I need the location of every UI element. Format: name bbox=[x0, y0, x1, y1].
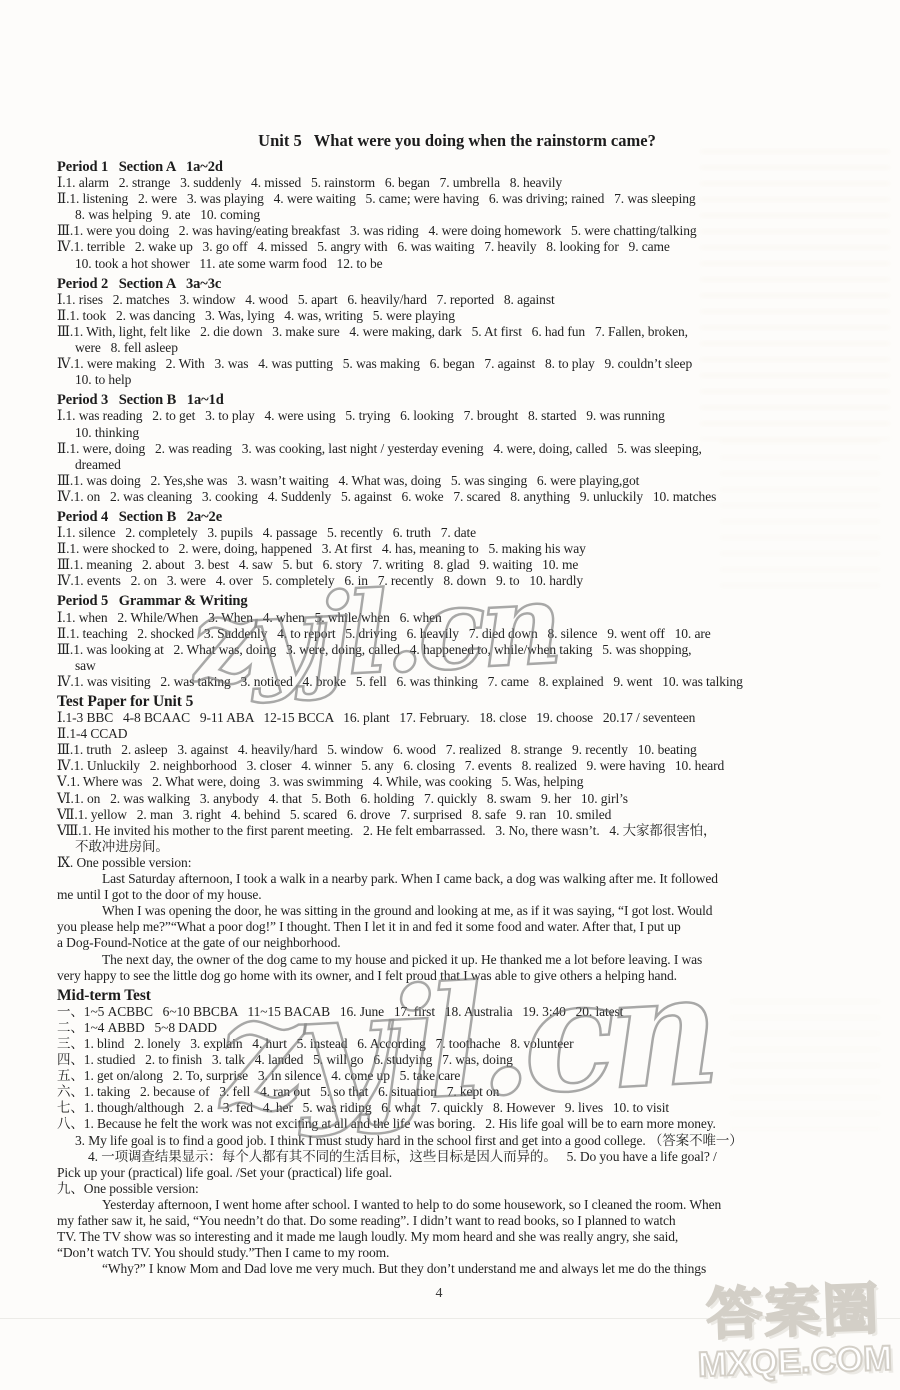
answer-line: you please help me?”“What a poor dog!” I… bbox=[57, 919, 892, 935]
answer-line: 10. to help bbox=[57, 372, 892, 388]
answer-line: Ⅲ.1. meaning 2. about 3. best 4. saw 5. … bbox=[57, 557, 892, 573]
answer-line: 五、1. get on/along 2. To, surprise 3. in … bbox=[57, 1068, 892, 1084]
answer-line: 3. My life goal is to find a good job. I… bbox=[57, 1133, 892, 1149]
answer-line: Ⅵ.1. on 2. was walking 3. anybody 4. tha… bbox=[57, 791, 892, 807]
answer-line: Ⅱ.1. took 2. was dancing 3. Was, lying 4… bbox=[57, 308, 892, 324]
answer-line: me until I got to the door of my house. bbox=[57, 887, 892, 903]
answer-line: TV. The TV show was so interesting and i… bbox=[57, 1229, 892, 1245]
answer-line: When I was opening the door, he was sitt… bbox=[57, 903, 892, 919]
answer-line: 10. took a hot shower 11. ate some warm … bbox=[57, 256, 892, 272]
answer-line: 九、One possible version: bbox=[57, 1181, 892, 1197]
logo-domain-text: MXQE.COM bbox=[694, 1339, 895, 1386]
answer-line: 8. was helping 9. ate 10. coming bbox=[57, 207, 892, 223]
answer-line: Ⅱ.1-4 CCAD bbox=[57, 726, 892, 742]
page-number: 4 bbox=[0, 1286, 878, 1302]
answer-line: dreamed bbox=[57, 457, 892, 473]
answer-line: Ⅲ.1. was looking at 2. What was, doing 3… bbox=[57, 642, 892, 658]
answer-line: 一、1~5 ACBBC 6~10 BBCBA 11~15 BACAB 16. J… bbox=[57, 1004, 892, 1020]
answer-line: Pick up your (practical) life goal. /Set… bbox=[57, 1165, 892, 1181]
section-heading: Period 4 Section B 2a~2e bbox=[57, 509, 892, 525]
answer-line: Ⅰ.1. when 2. While/When 3. When 4. when … bbox=[57, 610, 892, 626]
answer-line: Ⅳ.1. on 2. was cleaning 3. cooking 4. Su… bbox=[57, 489, 892, 505]
answer-line: 二、1~4 ABBD 5~8 DADD bbox=[57, 1020, 892, 1036]
section-heading: Period 1 Section A 1a~2d bbox=[57, 159, 892, 175]
answer-line: Ⅲ.1. With, light, felt like 2. die down … bbox=[57, 324, 892, 340]
answer-line: “Why?” I know Mom and Dad love me very m… bbox=[57, 1261, 892, 1277]
answer-line: Ⅳ.1. was visiting 2. was taking 3. notic… bbox=[57, 674, 892, 690]
answer-line: Ⅰ.1. silence 2. completely 3. pupils 4. … bbox=[57, 525, 892, 541]
answer-line: Ⅳ.1. Unluckily 2. neighborhood 3. closer… bbox=[57, 758, 892, 774]
answer-line: Ⅱ.1. were, doing 2. was reading 3. was c… bbox=[57, 441, 892, 457]
answer-line: Ⅱ.1. listening 2. were 3. was playing 4.… bbox=[57, 191, 892, 207]
answer-line: Ⅰ.1. alarm 2. strange 3. suddenly 4. mis… bbox=[57, 175, 892, 191]
answer-line: Last Saturday afternoon, I took a walk i… bbox=[57, 871, 892, 887]
answer-line: a Dog-Found-Notice at the gate of our ne… bbox=[57, 935, 892, 951]
answer-line: Ⅱ.1. were shocked to 2. were, doing, hap… bbox=[57, 541, 892, 557]
section-heading: Period 2 Section A 3a~3c bbox=[57, 276, 892, 292]
answer-line: Ⅴ.1. Where was 2. What were, doing 3. wa… bbox=[57, 774, 892, 790]
answer-line: Ⅰ.1. rises 2. matches 3. window 4. wood … bbox=[57, 292, 892, 308]
answer-line: Ⅸ. One possible version: bbox=[57, 855, 892, 871]
answer-line: Ⅳ.1. events 2. on 3. were 4. over 5. com… bbox=[57, 573, 892, 589]
answer-line: Ⅰ.1. was reading 2. to get 3. to play 4.… bbox=[57, 408, 892, 424]
answer-line: Ⅱ.1. teaching 2. shocked 3. Suddenly 4. … bbox=[57, 626, 892, 642]
answer-line: 七、1. though/although 2. a 3. fed 4. her … bbox=[57, 1100, 892, 1116]
answer-line: Yesterday afternoon, I went home after s… bbox=[57, 1197, 892, 1213]
answer-line: Ⅲ.1. were you doing 2. was having/eating… bbox=[57, 223, 892, 239]
answer-line: 4. 一项调查结果显示：每个人都有其不同的生活目标，这些目标是因人而异的。 5.… bbox=[57, 1149, 892, 1165]
answer-line: “Don’t watch TV. You should study.”Then … bbox=[57, 1245, 892, 1261]
answer-line: The next day, the owner of the dog came … bbox=[57, 952, 892, 968]
footer-divider bbox=[0, 1318, 900, 1319]
answer-line: saw bbox=[57, 658, 892, 674]
answer-line: 不敢冲进房间。 bbox=[57, 839, 892, 855]
answer-line: Ⅶ.1. yellow 2. man 3. right 4. behind 5.… bbox=[57, 807, 892, 823]
answer-line: 10. thinking bbox=[57, 425, 892, 441]
answer-line: Ⅰ.1-3 BBC 4-8 BCAAC 9-11 ABA 12-15 BCCA … bbox=[57, 710, 892, 726]
section-heading: Period 3 Section B 1a~1d bbox=[57, 392, 892, 408]
answer-line: 六、1. taking 2. because of 3. fell 4. ran… bbox=[57, 1084, 892, 1100]
answer-line: 三、1. blind 2. lonely 3. explain 4. hurt … bbox=[57, 1036, 892, 1052]
page-title: Unit 5 What were you doing when the rain… bbox=[57, 131, 857, 151]
answer-line: Ⅲ.1. was doing 2. Yes,she was 3. wasn’t … bbox=[57, 473, 892, 489]
section-heading: Mid-term Test bbox=[57, 988, 892, 1004]
workbook-answer-page: Unit 5 What were you doing when the rain… bbox=[0, 0, 900, 1390]
section-heading: Test Paper for Unit 5 bbox=[57, 694, 892, 710]
answer-key-content: Period 1 Section A 1a~2dⅠ.1. alarm 2. st… bbox=[57, 155, 892, 1277]
answer-line: Ⅷ.1. He invited his mother to the first … bbox=[57, 823, 892, 839]
answer-line: very happy to see the little dog go home… bbox=[57, 968, 892, 984]
answer-line: 四、1. studied 2. to finish 3. talk 4. lan… bbox=[57, 1052, 892, 1068]
answer-line: Ⅲ.1. truth 2. asleep 3. against 4. heavi… bbox=[57, 742, 892, 758]
answer-line: were 8. fell asleep bbox=[57, 340, 892, 356]
section-heading: Period 5 Grammar & Writing bbox=[57, 593, 892, 609]
answer-line: Ⅳ.1. were making 2. With 3. was 4. was p… bbox=[57, 356, 892, 372]
answer-line: 八、1. Because he felt the work was not ex… bbox=[57, 1116, 892, 1132]
answer-line: my father saw it, he said, “You needn’t … bbox=[57, 1213, 892, 1229]
answer-line: Ⅳ.1. terrible 2. wake up 3. go off 4. mi… bbox=[57, 239, 892, 255]
